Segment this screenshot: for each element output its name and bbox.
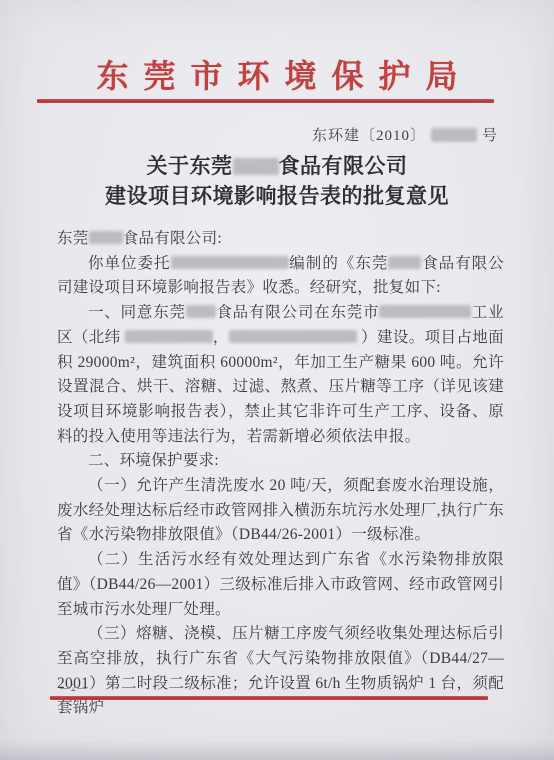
redacted-company-name [233, 158, 279, 175]
page-number: —2— [60, 683, 88, 694]
title-line1-suffix: 食品有限公司 [279, 154, 408, 178]
paragraph: （二）生活污水经有效处理达到广东省《水污染物排放限值》（DB44/26—2001… [57, 548, 504, 622]
document-title-line2: 建设项目环境影响报告表的批复意见 [0, 181, 554, 211]
title-line1-prefix: 关于东莞 [147, 154, 233, 178]
doc-number-prefix: 东环建〔2010〕 [312, 124, 426, 145]
footer-divider-line [50, 696, 488, 700]
document-title-line1: 关于东莞食品有限公司 [0, 151, 554, 181]
redacted-text [186, 305, 216, 318]
agency-header-title: 东莞市环境保护局 [0, 51, 554, 97]
paragraph: （三）熔糖、浇模、压片糖工序废气须经收集处理达标后引至高空排放，执行广东省《大气… [57, 622, 504, 721]
paragraph: 你单位委托编制的《东莞食品有限公司建设项目环境影响报告表》收悉。经研究，批复如下… [57, 252, 504, 301]
body-paragraphs: 东莞食品有限公司:你单位委托编制的《东莞食品有限公司建设项目环境影响报告表》收悉… [57, 227, 504, 721]
paragraph: 东莞食品有限公司: [57, 227, 504, 252]
redacted-doc-number [431, 128, 477, 142]
redacted-text [89, 231, 123, 244]
document-title: 关于东莞食品有限公司 建设项目环境影响报告表的批复意见 [0, 151, 554, 211]
redacted-text [229, 330, 357, 343]
doc-number-suffix: 号 [482, 124, 498, 145]
redacted-text [171, 256, 289, 269]
redacted-text [388, 256, 421, 269]
document-number: 东环建〔2010〕 号 [312, 124, 498, 145]
paragraph: （一）允许产生清洗废水 20 吨/天，须配套废水治理设施，废水经处理达标后经市政… [57, 474, 504, 548]
redacted-text [379, 305, 471, 318]
scanned-document-page: 东莞市环境保护局 东环建〔2010〕 号 关于东莞食品有限公司 建设项目环境影响… [0, 0, 554, 760]
redacted-text [125, 330, 213, 343]
paragraph: 二、环境保护要求: [57, 449, 504, 474]
header-divider-line [37, 99, 494, 103]
paragraph: 一、同意东莞食品有限公司在东莞市工业区（北纬 ， ）建设。项目占地面积 2900… [57, 301, 504, 449]
